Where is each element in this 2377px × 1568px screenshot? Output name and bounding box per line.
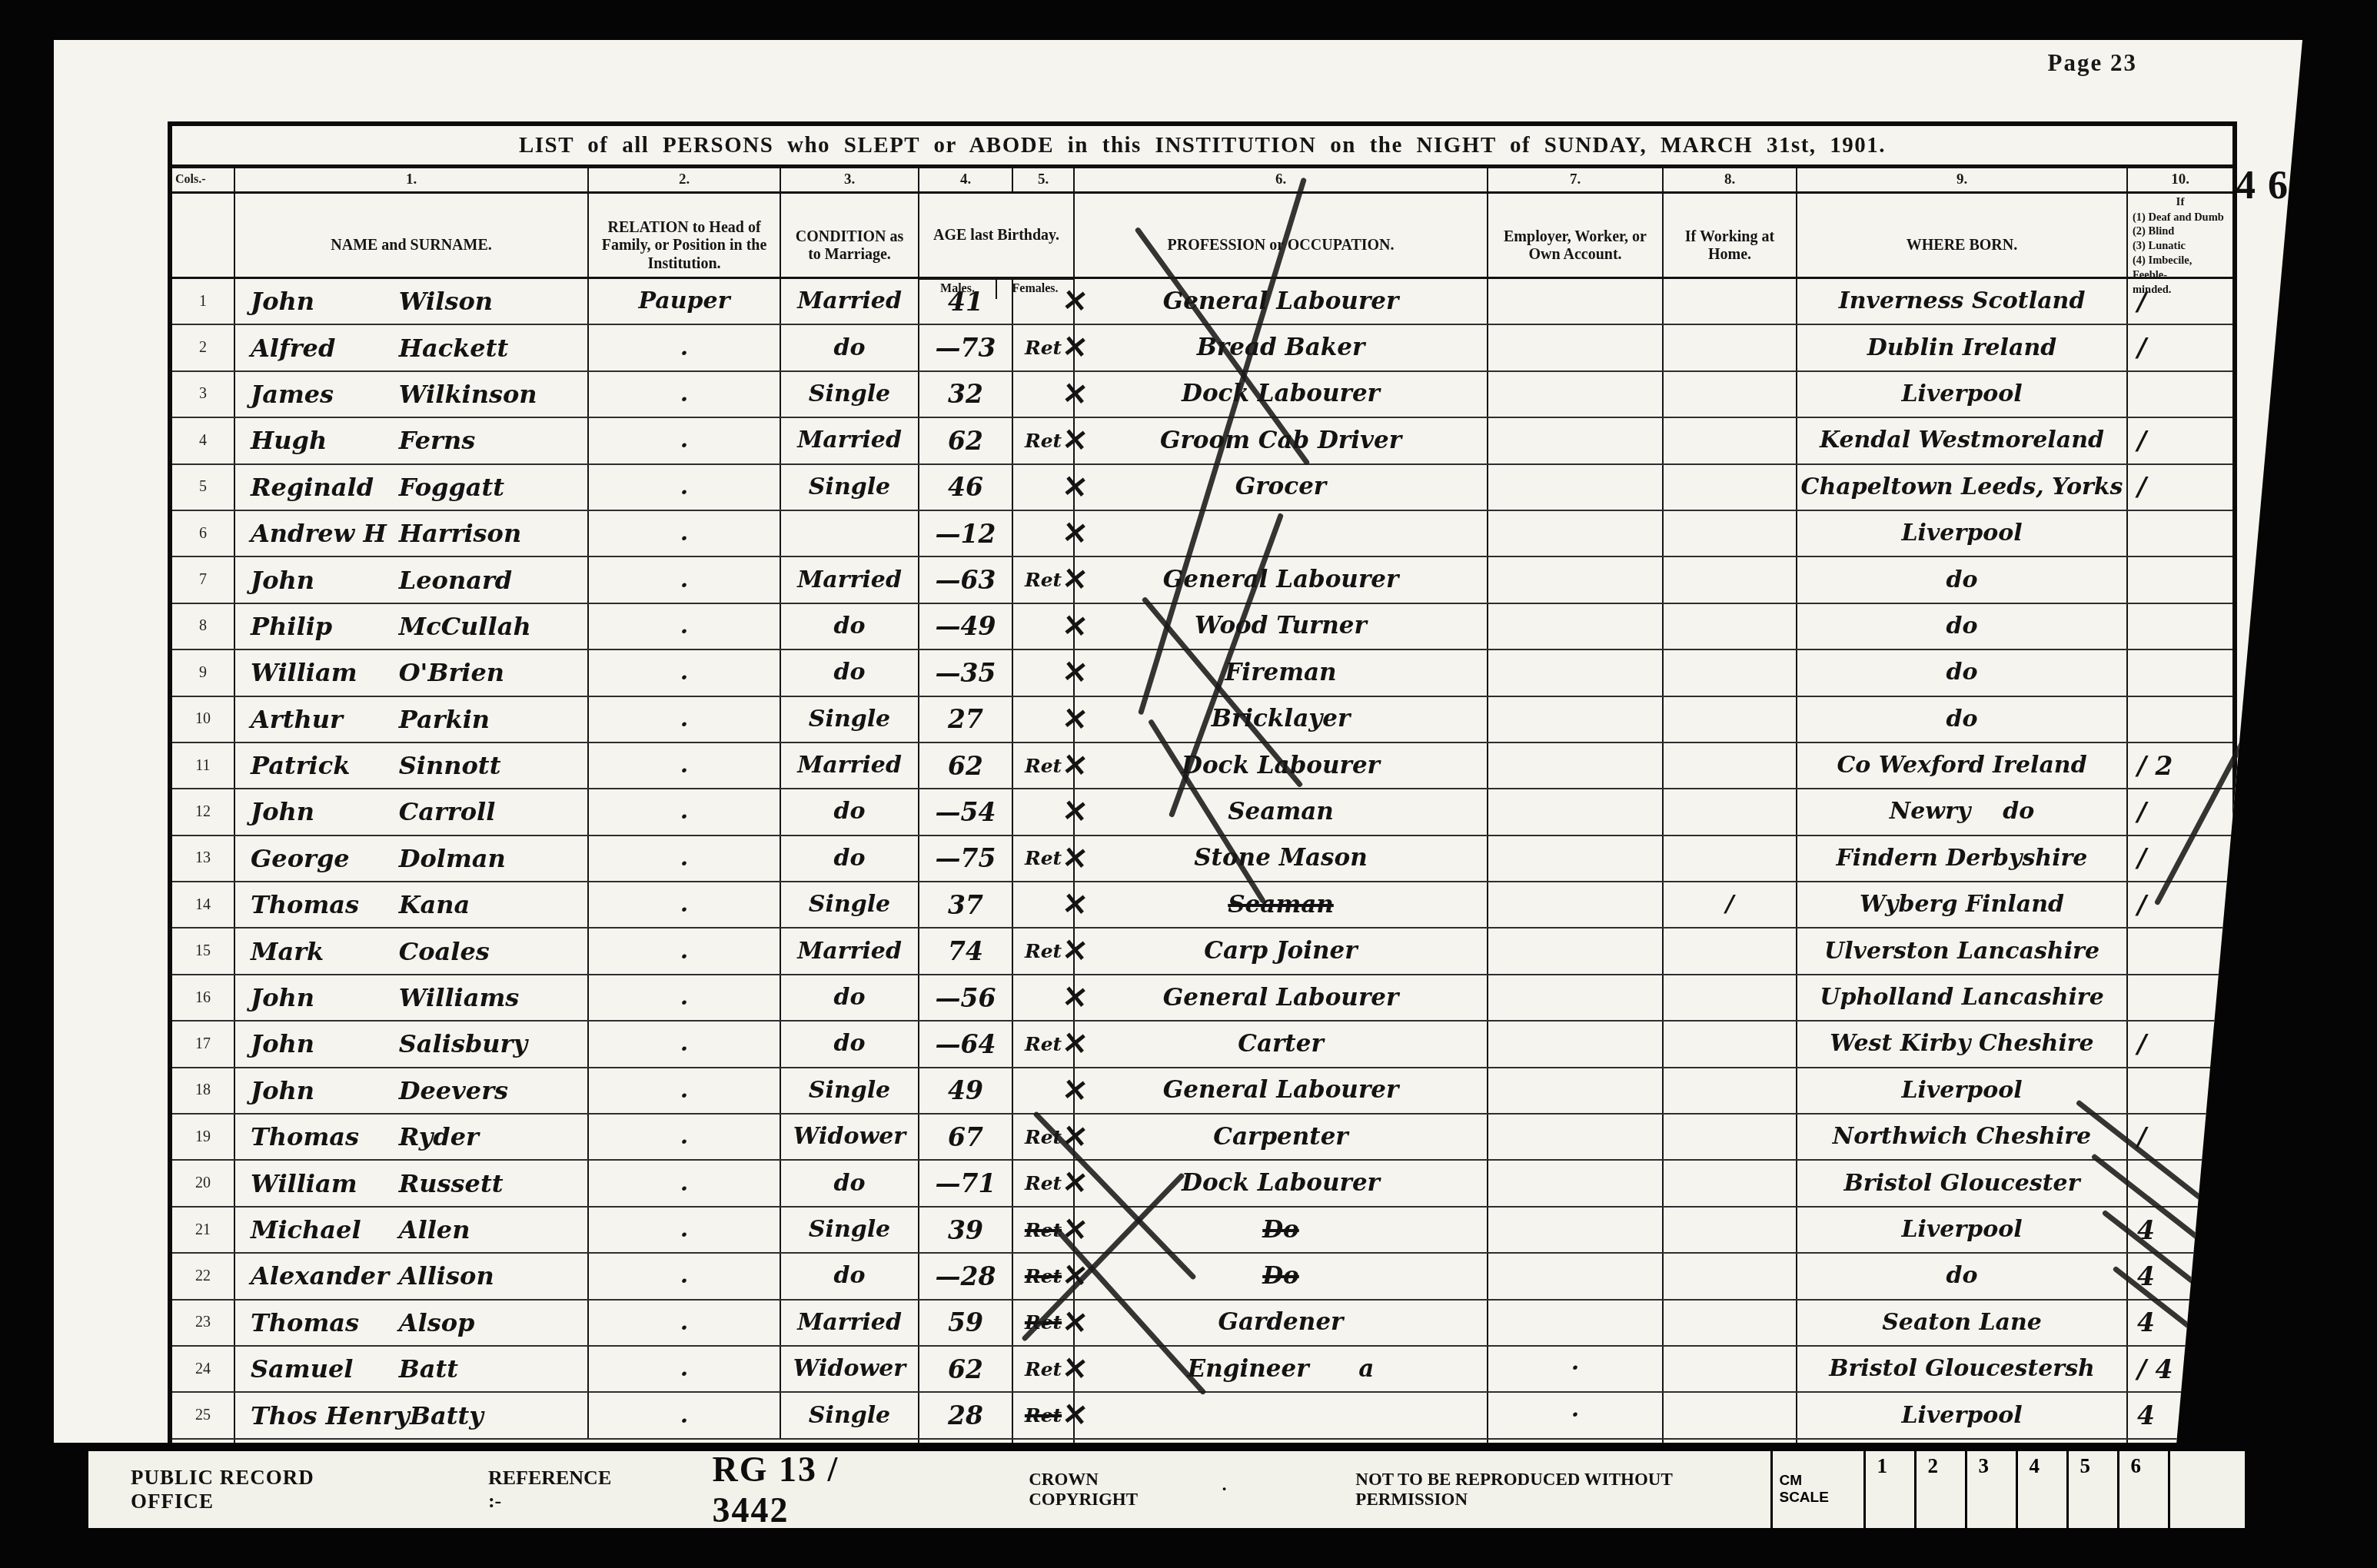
first-name: Philip [251, 614, 399, 639]
row-number: 2 [172, 325, 235, 370]
occupation-text: General Labourer [1163, 568, 1399, 592]
row-number: 1 [172, 279, 235, 324]
where-born-cell: Kendal Westmoreland [1797, 418, 2128, 463]
x-mark: × [1060, 1118, 1090, 1152]
where-born-cell: Inverness Scotland [1797, 279, 2128, 324]
occupation-cell: × Seaman [1075, 789, 1488, 834]
age-males-cell: 27 [919, 697, 1013, 742]
first-name: Andrew H [251, 521, 399, 546]
name-cell: Alfred Hackett [235, 325, 589, 370]
occupation-cell: × Wood Turner [1075, 604, 1488, 649]
where-born-cell: Bristol Gloucestersh [1797, 1347, 2128, 1391]
occupation-cell: × Bread Baker [1075, 325, 1488, 370]
relation-cell: . [589, 836, 781, 881]
row-number: 16 [172, 975, 235, 1020]
table-row: 8 Philip McCullah . do —49 × Wood Turner… [172, 604, 2232, 650]
occupation-text: Fireman [1225, 661, 1336, 685]
reference-number: RG 13 / 3442 [712, 1451, 917, 1528]
header-age-title: AGE last Birthday. [933, 194, 1059, 278]
employer-cell [1488, 465, 1664, 510]
name-cell: Thomas Alsop [235, 1301, 589, 1345]
age-males-cell: —71 [919, 1161, 1013, 1205]
name-cell: William Russett [235, 1161, 589, 1205]
condition-cell: do [781, 789, 919, 834]
table-row: 24 Samuel Batt . Widower 62 Ret × Engine… [172, 1347, 2232, 1393]
condition-cell: Single [781, 882, 919, 927]
x-mark: × [1060, 282, 1090, 317]
surname: O'Brien [399, 660, 504, 685]
working-at-home-cell [1664, 1254, 1797, 1298]
row-number: 24 [172, 1347, 235, 1391]
x-mark: × [1060, 1350, 1090, 1384]
x-mark: × [1060, 1164, 1090, 1199]
first-name: Alexander [251, 1264, 399, 1288]
employer-cell [1488, 975, 1664, 1020]
table-row: 2 Alfred Hackett . do —73 Ret × Bread Ba… [172, 325, 2232, 371]
employer-cell [1488, 650, 1664, 695]
infirmity-cell [2128, 929, 2232, 973]
infirmity-cell [2128, 557, 2232, 602]
age-males-cell: —73 [919, 325, 1013, 370]
x-mark: × [1060, 514, 1090, 549]
relation-cell: . [589, 325, 781, 370]
occupation-cell: × Gardener [1075, 1301, 1488, 1345]
where-born-cell: Liverpool [1797, 1208, 2128, 1252]
name-cell: Andrew H Harrison [235, 511, 589, 556]
table-row: 18 John Deevers . Single 49 × General La… [172, 1068, 2232, 1115]
relation-cell: . [589, 511, 781, 556]
scale-label: SCALE [1779, 1490, 1863, 1507]
table-row: 13 George Dolman . do —75 Ret × Stone Ma… [172, 836, 2232, 882]
infirmity-cell [2128, 650, 2232, 695]
employer-cell: · [1488, 1393, 1664, 1437]
surname: Harrison [399, 521, 521, 546]
x-mark: × [1060, 1071, 1090, 1106]
table-row: 9 William O'Brien . do —35 × Fireman do [172, 650, 2232, 696]
row-number: 17 [172, 1022, 235, 1066]
relation-cell: . [589, 697, 781, 742]
age-males-cell: 62 [919, 418, 1013, 463]
where-born-cell: Northwich Cheshire [1797, 1115, 2128, 1159]
age-males-cell: —49 [919, 604, 1013, 649]
where-born-cell: Dublin Ireland [1797, 325, 2128, 370]
age-males-cell: —35 [919, 650, 1013, 695]
occupation-text: Carpenter [1213, 1125, 1348, 1149]
x-mark: × [1060, 1257, 1090, 1291]
condition-cell: do [781, 325, 919, 370]
x-mark: × [1060, 607, 1090, 642]
surname: Deevers [399, 1078, 508, 1103]
occupation-cell: × Seaman [1075, 882, 1488, 927]
name-cell: Michael Allen [235, 1208, 589, 1252]
surname: Hackett [399, 336, 509, 360]
cm-scale-label: CM SCALE [1773, 1451, 1866, 1528]
x-mark: × [1060, 375, 1090, 410]
condition-cell: do [781, 1022, 919, 1066]
occupation-text: Wood Turner [1195, 614, 1367, 638]
name-cell: Samuel Batt [235, 1347, 589, 1391]
employer-cell [1488, 557, 1664, 602]
x-mark: × [1060, 561, 1090, 596]
x-mark: × [1060, 329, 1090, 364]
condition-cell: do [781, 604, 919, 649]
infirmity-cell: / [2128, 882, 2232, 927]
occupation-text: Gardener [1218, 1311, 1344, 1334]
surname: Foggatt [399, 475, 504, 500]
where-born-cell: do [1797, 697, 2128, 742]
scale-tick: 6 [2119, 1451, 2170, 1528]
first-name: Thos Henry [251, 1404, 410, 1428]
relation-cell: . [589, 372, 781, 417]
condition-cell: Widower [781, 1347, 919, 1391]
x-mark: × [1060, 700, 1090, 735]
surname: Parkin [399, 707, 490, 732]
table-row: 16 John Williams . do —56 × General Labo… [172, 975, 2232, 1022]
condition-cell [781, 511, 919, 556]
name-cell: John Deevers [235, 1068, 589, 1113]
working-at-home-cell [1664, 836, 1797, 881]
employer-cell [1488, 604, 1664, 649]
col-number-5: 5. [1013, 168, 1075, 191]
infirmity-cell [2128, 511, 2232, 556]
age-males-cell: 28 [919, 1393, 1013, 1437]
name-cell: John Carroll [235, 789, 589, 834]
col-number-6: 6. [1075, 168, 1488, 191]
col-number-1: 1. [235, 168, 589, 191]
row-number: 11 [172, 743, 235, 788]
age-males-cell: —28 [919, 1254, 1013, 1298]
row-number: 6 [172, 511, 235, 556]
first-name: Hugh [251, 428, 399, 453]
table-row: 14 Thomas Kana . Single 37 × Seaman / Wy… [172, 882, 2232, 929]
working-at-home-cell [1664, 975, 1797, 1020]
page-number: Page 23 [2048, 49, 2137, 77]
first-name: Alfred [251, 336, 399, 360]
surname: Williams [399, 985, 520, 1010]
surname: Leonard [399, 568, 512, 593]
where-born-cell: Ulverston Lancashire [1797, 929, 2128, 973]
employer-cell [1488, 418, 1664, 463]
relation-cell: . [589, 1068, 781, 1113]
surname: McCullah [399, 614, 531, 639]
relation-cell: . [589, 1208, 781, 1252]
relation-cell: . [589, 1022, 781, 1066]
where-born-cell: Findern Derbyshire [1797, 836, 2128, 881]
table-row: 1 John Wilson Pauper Married 41 × Genera… [172, 279, 2232, 325]
employer-cell: · [1488, 1347, 1664, 1391]
surname: Allison [399, 1264, 494, 1288]
where-born-cell: do [1797, 1254, 2128, 1298]
condition-cell: Single [781, 372, 919, 417]
surname: Batty [410, 1404, 484, 1428]
scale-tick: 4 [2018, 1451, 2069, 1528]
x-mark: × [1060, 1025, 1090, 1060]
working-at-home-cell [1664, 1115, 1797, 1159]
occupation-text: Stone Mason [1194, 846, 1368, 870]
infirmity-line-3: (3) Lunatic [2133, 239, 2228, 254]
scan-canvas: { "page": { "page_label": "Page 23", "st… [0, 0, 2377, 1568]
relation-cell: Pauper [589, 279, 781, 324]
first-name: Michael [251, 1218, 399, 1242]
folio-stamp-number: 46 [2236, 163, 2300, 208]
employer-cell [1488, 1161, 1664, 1205]
infirmity-cell: 4 [2128, 1208, 2232, 1252]
relation-cell: . [589, 1254, 781, 1298]
relation-cell: . [589, 1347, 781, 1391]
working-at-home-cell [1664, 511, 1797, 556]
name-cell: Patrick Sinnott [235, 743, 589, 788]
employer-cell [1488, 882, 1664, 927]
relation-cell: . [589, 929, 781, 973]
reference-label: REFERENCE :- [488, 1451, 624, 1528]
census-page: Page 23 46 LIST of all PERSONS who SLEPT… [54, 40, 2302, 1443]
infirmity-cell: / [2128, 465, 2232, 510]
age-males-cell: —12 [919, 511, 1013, 556]
surname: Alsop [399, 1311, 475, 1335]
col-number-9: 9. [1797, 168, 2128, 191]
age-males-cell: 62 [919, 743, 1013, 788]
occupation-text: General Labourer [1163, 290, 1399, 314]
occupation-text: Do [1262, 1218, 1299, 1242]
where-born-cell: Wyberg Finland [1797, 882, 2128, 927]
surname: Ryder [399, 1125, 479, 1149]
age-males-cell: 32 [919, 372, 1013, 417]
row-number: 22 [172, 1254, 235, 1298]
where-born-cell: Seaton Lane [1797, 1301, 2128, 1345]
occupation-text: Bricklayer [1212, 707, 1351, 731]
row-number: 25 [172, 1393, 235, 1437]
first-name: John [251, 1078, 399, 1103]
occupation-text: Carter [1238, 1032, 1323, 1056]
where-born-cell: do [1797, 557, 2128, 602]
age-males-cell: 41 [919, 279, 1013, 324]
table-row: 15 Mark Coales . Married 74 Ret × Carp J… [172, 929, 2232, 975]
occupation-cell: × Do [1075, 1208, 1488, 1252]
condition-cell: do [781, 650, 919, 695]
first-name: John [251, 799, 399, 824]
occupation-text: General Labourer [1163, 1078, 1399, 1102]
working-at-home-cell [1664, 557, 1797, 602]
infirmity-cell: / [2128, 789, 2232, 834]
working-at-home-cell [1664, 1161, 1797, 1205]
table-title: LIST of all PERSONS who SLEPT or ABODE i… [172, 126, 2232, 168]
relation-cell: . [589, 650, 781, 695]
record-office-label: PUBLIC RECORD OFFICE [131, 1451, 392, 1528]
where-born-cell: Chapeltown Leeds, Yorks [1797, 465, 2128, 510]
row-number: 13 [172, 836, 235, 881]
occupation-cell: × General Labourer [1075, 975, 1488, 1020]
employer-cell [1488, 836, 1664, 881]
surname: Dolman [399, 846, 506, 871]
first-name: Patrick [251, 753, 399, 778]
relation-cell: . [589, 1115, 781, 1159]
table-row: 11 Patrick Sinnott . Married 62 Ret × Do… [172, 743, 2232, 789]
employer-cell [1488, 511, 1664, 556]
column-number-row: Cols.- 1. 2. 3. 4. 5. 6. 7. 8. 9. 10. [172, 168, 2232, 194]
row-number: 21 [172, 1208, 235, 1252]
row-number: 20 [172, 1161, 235, 1205]
row-number: 3 [172, 372, 235, 417]
age-males-cell: 59 [919, 1301, 1013, 1345]
name-cell: John Salisbury [235, 1022, 589, 1066]
surname: Coales [399, 939, 490, 964]
x-mark: × [1060, 839, 1090, 874]
archive-footer: PUBLIC RECORD OFFICE REFERENCE :- RG 13 … [88, 1451, 2245, 1528]
scale-tick: 2 [1917, 1451, 1967, 1528]
table-row: 4 Hugh Ferns . Married 62 Ret × Groom Ca… [172, 418, 2232, 464]
occupation-cell: × Carpenter [1075, 1115, 1488, 1159]
condition-cell: Married [781, 418, 919, 463]
occupation-cell: × Do [1075, 1254, 1488, 1298]
row-number: 14 [172, 882, 235, 927]
first-name: Thomas [251, 892, 399, 917]
name-cell: George Dolman [235, 836, 589, 881]
infirmity-cell: / [2128, 279, 2232, 324]
infirmity-cell: / 4 [2128, 1347, 2232, 1391]
occupation-text: Grocer [1235, 475, 1326, 499]
table-row: 5 Reginald Foggatt . Single 46 × Grocer … [172, 465, 2232, 511]
occupation-text: Groom Cab Driver [1160, 429, 1401, 453]
scale-tick: 1 [1866, 1451, 1917, 1528]
surname: Allen [399, 1218, 470, 1242]
employer-cell [1488, 1022, 1664, 1066]
row-number: 8 [172, 604, 235, 649]
x-mark: × [1060, 1304, 1090, 1338]
occupation-text: Do [1262, 1264, 1299, 1288]
occupation-cell: × Stone Mason [1075, 836, 1488, 881]
condition-cell: do [781, 1161, 919, 1205]
row-number: 4 [172, 418, 235, 463]
where-born-cell: do [1797, 650, 2128, 695]
age-males-cell: 46 [919, 465, 1013, 510]
working-at-home-cell [1664, 325, 1797, 370]
where-born-cell: Liverpool [1797, 511, 2128, 556]
age-males-cell: —64 [919, 1022, 1013, 1066]
working-at-home-cell [1664, 650, 1797, 695]
first-name: James [251, 382, 399, 407]
condition-cell: Single [781, 1208, 919, 1252]
occupation-text: Dock Labourer [1182, 1171, 1380, 1195]
scale-tick: 5 [2069, 1451, 2119, 1528]
table-row: 20 William Russett . do —71 Ret × Dock L… [172, 1161, 2232, 1207]
infirmity-cell [2128, 1161, 2232, 1205]
where-born-cell: Liverpool [1797, 372, 2128, 417]
condition-cell: do [781, 1254, 919, 1298]
surname: Carroll [399, 799, 496, 824]
working-at-home-cell [1664, 1393, 1797, 1437]
relation-cell: . [589, 557, 781, 602]
table-row: 22 Alexander Allison . do —28 Ret × Do d… [172, 1254, 2232, 1300]
employer-cell [1488, 1208, 1664, 1252]
infirmity-line-1: (1) Deaf and Dumb [2133, 211, 2228, 225]
age-males-cell: —75 [919, 836, 1013, 881]
first-name: Thomas [251, 1311, 399, 1335]
table-row: 25 Thos Henry Batty . Single 28 Ret × · … [172, 1393, 2232, 1439]
name-cell: Hugh Ferns [235, 418, 589, 463]
name-cell: Thos Henry Batty [235, 1393, 589, 1437]
condition-cell: do [781, 836, 919, 881]
name-cell: Reginald Foggatt [235, 465, 589, 510]
col-number-4: 4. [919, 168, 1013, 191]
infirmity-cell [2128, 1068, 2232, 1113]
table-row: 12 John Carroll . do —54 × Seaman Newry … [172, 789, 2232, 835]
occupation-text: Carp Joiner [1204, 939, 1357, 963]
working-at-home-cell [1664, 743, 1797, 788]
table-body: 1 John Wilson Pauper Married 41 × Genera… [172, 279, 2232, 1440]
infirmity-cell: 4 [2128, 1254, 2232, 1298]
x-mark: × [1060, 1397, 1090, 1431]
age-males-cell: 49 [919, 1068, 1013, 1113]
table-row: 3 James Wilkinson . Single 32 × Dock Lab… [172, 372, 2232, 418]
name-cell: Alexander Allison [235, 1254, 589, 1298]
surname: Ferns [399, 428, 475, 453]
header-row: NAME and SURNAME. RELATION to Head of Fa… [172, 194, 2232, 279]
table-row: 17 John Salisbury . do —64 Ret × Carter … [172, 1022, 2232, 1068]
where-born-cell: Liverpool [1797, 1068, 2128, 1113]
first-name: John [251, 1031, 399, 1056]
surname: Wilkinson [399, 382, 537, 407]
infirmity-cell: 4 [2128, 1301, 2232, 1345]
occupation-cell: × Carter [1075, 1022, 1488, 1066]
x-mark: × [1060, 468, 1090, 503]
infirmity-cell: / [2128, 1022, 2232, 1066]
census-table: LIST of all PERSONS who SLEPT or ABODE i… [168, 121, 2237, 1486]
col-number-2: 2. [589, 168, 781, 191]
condition-cell: Married [781, 929, 919, 973]
employer-cell [1488, 929, 1664, 973]
surname: Russett [399, 1171, 504, 1196]
crown-copyright-label: CROWN COPYRIGHT [1029, 1451, 1204, 1528]
occupation-cell: × [1075, 511, 1488, 556]
occupation-text: Bread Baker [1197, 336, 1365, 360]
working-at-home-cell [1664, 1208, 1797, 1252]
condition-cell: do [781, 975, 919, 1020]
infirmity-cell: / [2128, 836, 2232, 881]
row-number: 18 [172, 1068, 235, 1113]
employer-cell [1488, 1068, 1664, 1113]
table-row: 10 Arthur Parkin . Single 27 × Bricklaye… [172, 697, 2232, 743]
table-row: 6 Andrew H Harrison . —12 × Liverpool [172, 511, 2232, 557]
occupation-cell: × Dock Labourer [1075, 372, 1488, 417]
where-born-cell: Co Wexford Ireland [1797, 743, 2128, 788]
surname: Batt [399, 1357, 458, 1381]
col-number-7: 7. [1488, 168, 1664, 191]
name-cell: Arthur Parkin [235, 697, 589, 742]
surname: Sinnott [399, 753, 501, 778]
where-born-cell: Newry do [1797, 789, 2128, 834]
x-mark: × [1060, 421, 1090, 456]
employer-cell [1488, 1254, 1664, 1298]
occupation-cell: × General Labourer [1075, 279, 1488, 324]
condition-cell: Single [781, 1068, 919, 1113]
copyright-separator: · [1222, 1451, 1228, 1528]
x-mark: × [1060, 885, 1090, 920]
x-mark: × [1060, 793, 1090, 828]
occupation-text: Seaman [1228, 800, 1334, 824]
table-row: 7 John Leonard . Married —63 Ret × Gener… [172, 557, 2232, 603]
infirmity-cell: / [2128, 418, 2232, 463]
occupation-cell: × Grocer [1075, 465, 1488, 510]
occupation-text: Dock Labourer [1182, 754, 1380, 778]
occupation-cell: × General Labourer [1075, 557, 1488, 602]
where-born-cell: Upholland Lancashire [1797, 975, 2128, 1020]
age-males-cell: —56 [919, 975, 1013, 1020]
name-cell: John Wilson [235, 279, 589, 324]
first-name: John [251, 568, 399, 593]
age-males-cell: —54 [919, 789, 1013, 834]
occupation-text: General Labourer [1163, 986, 1399, 1010]
working-at-home-cell [1664, 697, 1797, 742]
